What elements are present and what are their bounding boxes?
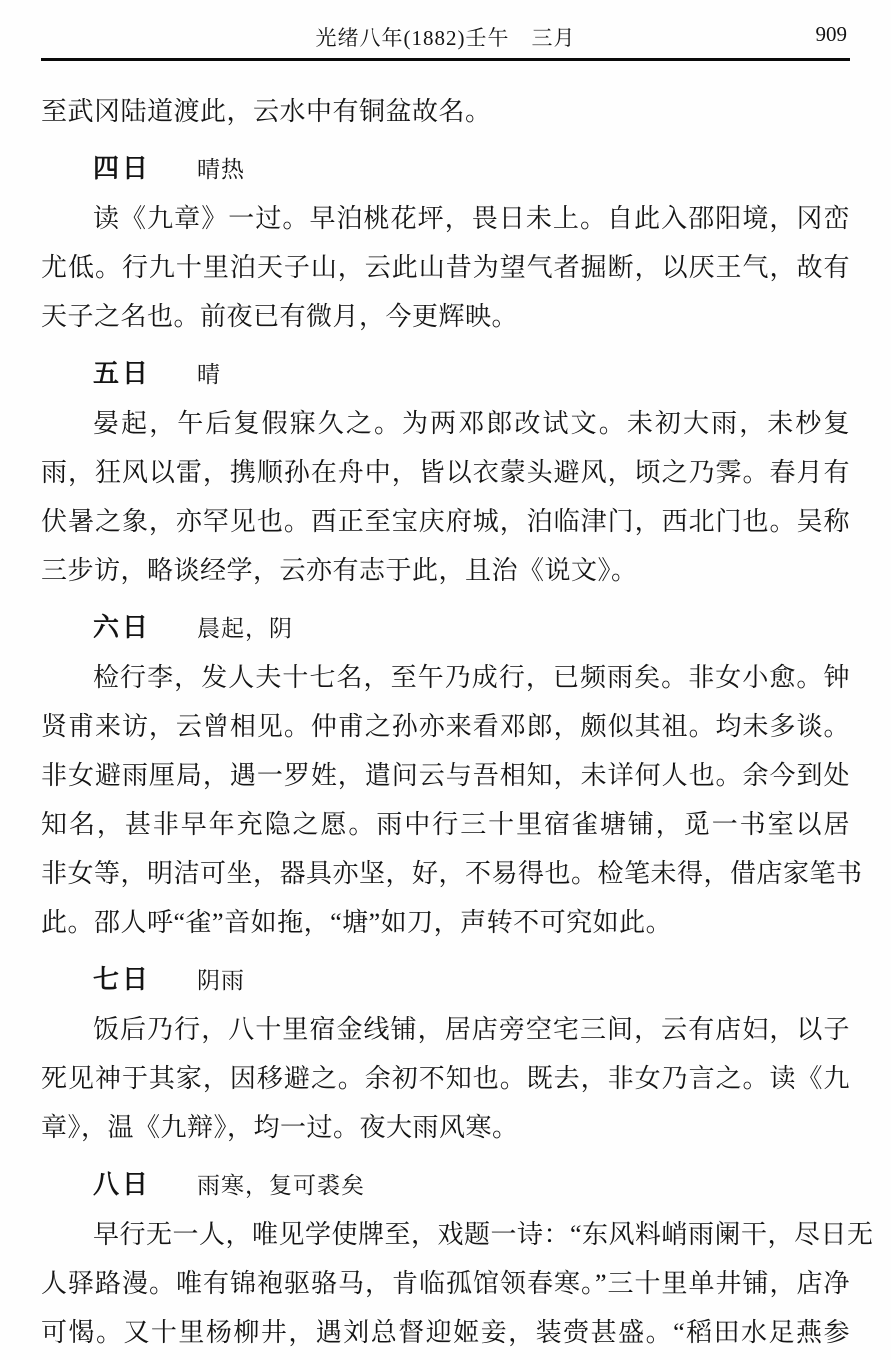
header-rule	[41, 58, 850, 61]
entry-weather-note: 晴	[197, 362, 221, 387]
diary-line: 知名，甚非早年充隐之愿。雨中行三十里宿雀塘铺，觅一书室以居	[41, 800, 850, 849]
entry-weather-note: 晴热	[197, 157, 245, 182]
diary-line: 天子之名也。前夜已有微月，今更辉映。	[41, 292, 850, 341]
entry-day-label: 七日	[93, 964, 151, 994]
diary-line: 死见神于其家，因移避之。余初不知也。既去，非女乃言之。读《九	[41, 1054, 850, 1103]
diary-line: 人驿路漫。唯有锦袍驱骆马，肯临孤馆领春寒。”三十里单井铺，店净	[41, 1259, 850, 1308]
diary-line: 贤甫来访，云曾相见。仲甫之孙亦来看邓郎，颇似其祖。均未多谈。	[41, 702, 850, 751]
diary-line: 检行李，发人夫十七名，至午乃成行，已频雨矣。非女小愈。钟	[41, 653, 850, 702]
diary-line: 非女避雨厘局，遇一罗姓，遣问云与吾相知，未详何人也。余今到处	[41, 751, 850, 800]
diary-line: 三步访，略谈经学，云亦有志于此，且治《说文》。	[41, 546, 850, 595]
diary-line: 伏暑之象，亦罕见也。酉正至宝庆府城，泊临津门，西北门也。吴称	[41, 497, 850, 546]
diary-line: 雨，狂风以雷，携顺孙在舟中，皆以衣蒙头避风，顷之乃霁。春月有	[41, 448, 850, 497]
diary-text: 至武冈陆道渡此，云水中有铜盆故名。 四日晴热 读《九章》一过。早泊桃花坪，畏日未…	[41, 87, 850, 1357]
running-head-title: 光绪八年(1882)壬午 三月	[41, 22, 850, 52]
diary-line: 饭后乃行，八十里宿金线铺，居店旁空宅三间，云有店妇，以子	[41, 1005, 850, 1054]
diary-line: 尤低。行九十里泊天子山，云此山昔为望气者掘断，以厌王气，故有	[41, 243, 850, 292]
entry-heading-day7: 七日阴雨	[41, 955, 850, 1005]
entry-weather-note: 雨寒，复可裘矣	[197, 1173, 365, 1198]
entry-weather-note: 晨起，阴	[197, 616, 293, 641]
diary-line: 早行无一人，唯见学使牌至，戏题一诗：“东风料峭雨阑干，尽日无	[41, 1210, 850, 1259]
running-head: 光绪八年(1882)壬午 三月 909	[0, 0, 891, 56]
entry-day-label: 四日	[93, 153, 151, 183]
entry-day-label: 六日	[93, 612, 151, 642]
page-number: 909	[816, 22, 848, 47]
diary-line: 读《九章》一过。早泊桃花坪，畏日未上。自此入邵阳境，冈峦	[41, 194, 850, 243]
entry-weather-note: 阴雨	[197, 968, 245, 993]
diary-line: 此。邵人呼“雀”音如拖，“塘”如刀，声转不可究如此。	[41, 898, 850, 947]
diary-line: 可愒。又十里杨柳井，遇刘总督迎姬妾，装赍甚盛。“稻田水足燕参	[41, 1308, 850, 1357]
entry-day-label: 五日	[93, 358, 151, 388]
diary-line-continuation: 至武冈陆道渡此，云水中有铜盆故名。	[41, 87, 850, 136]
entry-heading-day5: 五日晴	[41, 349, 850, 399]
diary-line: 非女等，明洁可坐，器具亦坚，好，不易得也。检笔未得，借店家笔书	[41, 849, 850, 898]
entry-heading-day8: 八日雨寒，复可裘矣	[41, 1160, 850, 1210]
entry-heading-day4: 四日晴热	[41, 144, 850, 194]
diary-line: 章》，温《九辩》，均一过。夜大雨风寒。	[41, 1103, 850, 1152]
diary-line: 晏起，午后复假寐久之。为两邓郎改试文。未初大雨，未杪复	[41, 399, 850, 448]
book-page: 光绪八年(1882)壬午 三月 909 至武冈陆道渡此，云水中有铜盆故名。 四日…	[0, 0, 891, 1360]
entry-day-label: 八日	[93, 1169, 151, 1199]
entry-heading-day6: 六日晨起，阴	[41, 603, 850, 653]
